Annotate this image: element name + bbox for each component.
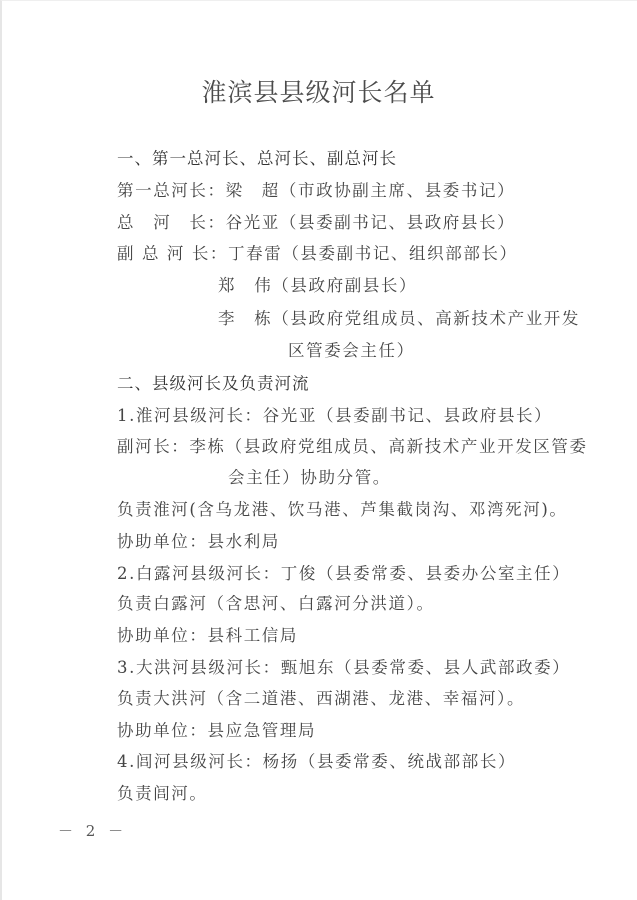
text-line: 区管委会主任）: [288, 337, 415, 361]
text-line: 郑 伟（县政府副县长）: [218, 272, 417, 296]
text-line: 负责白露河（含思河、白露河分洪道）。: [117, 590, 435, 614]
text-line: 2.白露河县级河长：丁俊（县委常委、县委办公室主任）: [117, 560, 570, 584]
page-number: － 2 －: [58, 820, 127, 841]
text-line: 负责闾河。: [117, 780, 208, 804]
document-title: 淮滨县县级河长名单: [0, 73, 637, 109]
text-line: 协助单位：县应急管理局: [117, 717, 316, 741]
text-line: 协助单位：县科工信局: [117, 622, 298, 646]
text-line: 4.闾河县级河长：杨扬（县委常委、统战部部长）: [117, 748, 516, 772]
text-line: 副河长：李栋（县政府党组成员、高新技术产业开发区管委: [117, 433, 588, 457]
text-line: 会主任）协助分管。: [228, 464, 391, 488]
text-line: 协助单位：县水利局: [117, 528, 280, 552]
section-2-heading: 二、县级河长及负责河流: [117, 370, 310, 394]
text-line: 负责大洪河（含二道港、西湖港、龙港、幸福河）。: [117, 685, 525, 709]
section-1-heading: 一、第一总河长、总河长、副总河长: [117, 145, 397, 169]
text-line: 第一总河长：梁 超（市政协副主席、县委书记）: [117, 177, 515, 201]
text-line: 1.淮河县级河长：谷光亚（县委副书记、县政府县长）: [117, 402, 552, 426]
text-line: 3.大洪河县级河长：甄旭东（县委常委、县人武部政委）: [117, 654, 570, 678]
text-line: 李 栋（县政府党组成员、高新技术产业开发: [218, 305, 580, 329]
text-line: 副 总 河 长：丁春雷（县委副书记、组织部部长）: [117, 240, 518, 264]
text-line: 负责淮河(含乌龙港、饮马港、芦集截岗沟、邓湾死河)。: [117, 496, 567, 520]
text-line: 总 河 长：谷光亚（县委副书记、县政府县长）: [117, 209, 515, 233]
